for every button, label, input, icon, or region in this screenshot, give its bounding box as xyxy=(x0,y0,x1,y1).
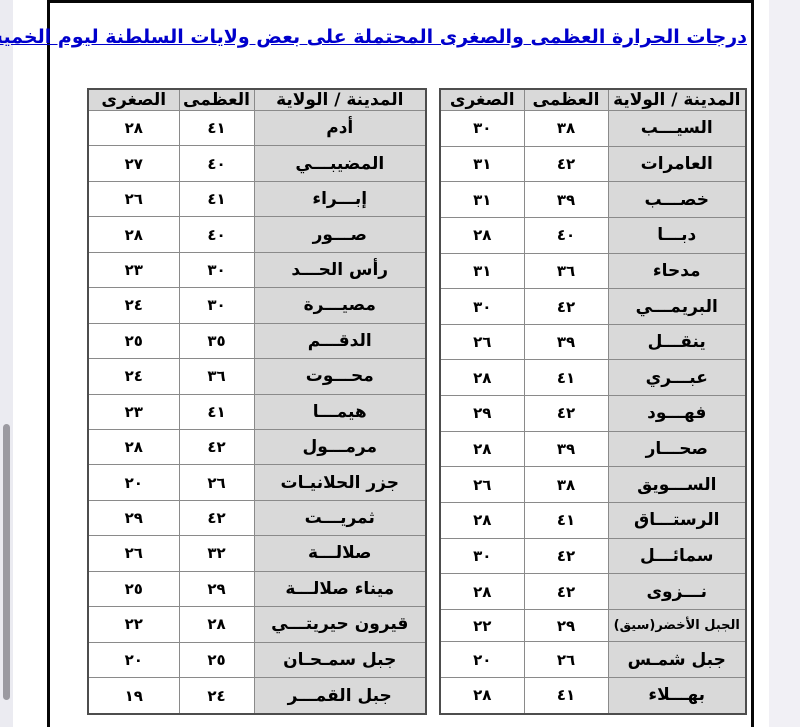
min-temp-cell: ٢٦ xyxy=(440,324,524,360)
city-cell: إبـــراء xyxy=(254,181,426,216)
min-temp-cell: ٢٦ xyxy=(88,181,179,216)
city-cell: محـــوت xyxy=(254,359,426,394)
min-temp-cell: ٢٨ xyxy=(88,217,179,252)
max-temp-cell: ٣٠ xyxy=(179,252,254,287)
max-temp-cell: ٤٢ xyxy=(524,538,608,574)
page-frame-left xyxy=(47,0,50,727)
min-temp-cell: ٢٨ xyxy=(440,503,524,539)
min-temp-cell: ٢٨ xyxy=(440,574,524,610)
max-temp-cell: ٢٩ xyxy=(524,609,608,641)
min-temp-cell: ٢٤ xyxy=(88,359,179,394)
table-row: نـــزوى٤٢٢٨ xyxy=(440,574,746,610)
max-temp-cell: ٣٩ xyxy=(524,182,608,218)
max-temp-cell: ٤٢ xyxy=(179,429,254,464)
table-row: جبل سمـحـان٢٥٢٠ xyxy=(88,642,426,677)
temperature-table-right: المدينة / الولاية العظمى الصغرى السيـــب… xyxy=(439,88,747,715)
city-cell: جبل شمـس xyxy=(608,642,746,678)
max-temp-cell: ٣٨ xyxy=(524,111,608,147)
city-cell: الدقـــم xyxy=(254,323,426,358)
min-temp-cell: ٢٧ xyxy=(88,146,179,181)
city-cell: دبـــا xyxy=(608,217,746,253)
max-temp-cell: ٤١ xyxy=(524,360,608,396)
min-temp-cell: ٣١ xyxy=(440,253,524,289)
max-temp-cell: ٤١ xyxy=(524,677,608,714)
max-temp-cell: ٤٠ xyxy=(179,217,254,252)
table-row: رأس الحـــد٣٠٢٣ xyxy=(88,252,426,287)
city-cell: البريمـــي xyxy=(608,289,746,325)
table-row: فهـــود٤٢٢٩ xyxy=(440,396,746,432)
min-temp-cell: ٢٠ xyxy=(88,642,179,677)
city-cell: رأس الحـــد xyxy=(254,252,426,287)
table-row: المضيبـــي٤٠٢٧ xyxy=(88,146,426,181)
city-cell: أدم xyxy=(254,111,426,146)
max-temp-cell: ٣٨ xyxy=(524,467,608,503)
table-row: الجبل الأخضر(سيق)٢٩٢٢ xyxy=(440,609,746,641)
city-cell: فهـــود xyxy=(608,396,746,432)
max-column-header: العظمى xyxy=(179,89,254,111)
max-temp-cell: ٤٢ xyxy=(179,500,254,535)
header-row: المدينة / الولاية العظمى الصغرى xyxy=(88,89,426,111)
min-temp-cell: ٣١ xyxy=(440,146,524,182)
city-cell: عبـــري xyxy=(608,360,746,396)
city-cell: نـــزوى xyxy=(608,574,746,610)
table-row: صلالـــة٣٢٢٦ xyxy=(88,536,426,571)
min-column-header: الصغرى xyxy=(440,89,524,111)
city-cell: الجبل الأخضر(سيق) xyxy=(608,609,746,641)
min-temp-cell: ٢٨ xyxy=(440,360,524,396)
table-row: السيـــب٣٨٣٠ xyxy=(440,111,746,147)
min-temp-cell: ٢٢ xyxy=(88,607,179,642)
city-cell: مدحاء xyxy=(608,253,746,289)
min-temp-cell: ٣١ xyxy=(440,182,524,218)
table-row: مصيـــرة٣٠٢٤ xyxy=(88,288,426,323)
header-row: المدينة / الولاية العظمى الصغرى xyxy=(440,89,746,111)
min-temp-cell: ٢٨ xyxy=(440,431,524,467)
max-temp-cell: ٣٠ xyxy=(179,288,254,323)
max-temp-cell: ٣٩ xyxy=(524,324,608,360)
table-row: جبل القمـــر٢٤١٩ xyxy=(88,678,426,715)
table-row: جبل شمـس٢٦٢٠ xyxy=(440,642,746,678)
table-row: الدقـــم٣٥٢٥ xyxy=(88,323,426,358)
table-row: ميناء صلالـــة٢٩٢٥ xyxy=(88,571,426,606)
table-row: ينقـــل٣٩٢٦ xyxy=(440,324,746,360)
table-row: العامرات٤٢٣١ xyxy=(440,146,746,182)
max-temp-cell: ٢٥ xyxy=(179,642,254,677)
min-temp-cell: ٢٤ xyxy=(88,288,179,323)
min-column-header: الصغرى xyxy=(88,89,179,111)
city-column-header: المدينة / الولاية xyxy=(608,89,746,111)
city-column-header: المدينة / الولاية xyxy=(254,89,426,111)
max-temp-cell: ٤١ xyxy=(524,503,608,539)
min-temp-cell: ٣٠ xyxy=(440,538,524,574)
table-row: بهـــلاء٤١٢٨ xyxy=(440,677,746,714)
max-temp-cell: ٤٢ xyxy=(524,146,608,182)
city-cell: الســـويق xyxy=(608,467,746,503)
page-frame-right xyxy=(751,0,754,727)
city-cell: الرستـــاق xyxy=(608,503,746,539)
table-row: البريمـــي٤٢٣٠ xyxy=(440,289,746,325)
max-temp-cell: ٤٠ xyxy=(179,146,254,181)
city-cell: العامرات xyxy=(608,146,746,182)
table-row: إبـــراء٤١٢٦ xyxy=(88,181,426,216)
max-column-header: العظمى xyxy=(524,89,608,111)
max-temp-cell: ٣٩ xyxy=(524,431,608,467)
max-temp-cell: ٤١ xyxy=(179,181,254,216)
temperature-table-left: المدينة / الولاية العظمى الصغرى أدم٤١٢٨ا… xyxy=(87,88,427,715)
min-temp-cell: ٢٠ xyxy=(88,465,179,500)
max-temp-cell: ٤١ xyxy=(179,394,254,429)
page-title: درجات الحرارة العظمى والصغرى المحتملة عل… xyxy=(55,26,747,48)
min-temp-cell: ٢٣ xyxy=(88,394,179,429)
page-frame-top xyxy=(47,0,754,3)
max-temp-cell: ٢٤ xyxy=(179,678,254,715)
max-temp-cell: ٤٢ xyxy=(524,289,608,325)
max-temp-cell: ٢٩ xyxy=(179,571,254,606)
min-temp-cell: ٢٦ xyxy=(88,536,179,571)
min-temp-cell: ٢٦ xyxy=(440,467,524,503)
city-cell: ميناء صلالـــة xyxy=(254,571,426,606)
max-temp-cell: ٢٨ xyxy=(179,607,254,642)
city-cell: المضيبـــي xyxy=(254,146,426,181)
right-gutter xyxy=(769,0,800,727)
max-temp-cell: ٢٦ xyxy=(179,465,254,500)
table-row: أدم٤١٢٨ xyxy=(88,111,426,146)
city-cell: هيمـــا xyxy=(254,394,426,429)
table-row: الســـويق٣٨٢٦ xyxy=(440,467,746,503)
max-temp-cell: ٣٢ xyxy=(179,536,254,571)
city-cell: السيـــب xyxy=(608,111,746,147)
max-temp-cell: ٤٢ xyxy=(524,396,608,432)
table-row: عبـــري٤١٢٨ xyxy=(440,360,746,396)
min-temp-cell: ٢٨ xyxy=(88,111,179,146)
min-temp-cell: ٢٠ xyxy=(440,642,524,678)
min-temp-cell: ٢٥ xyxy=(88,571,179,606)
min-temp-cell: ٢٨ xyxy=(88,429,179,464)
table-row: صحـــار٣٩٢٨ xyxy=(440,431,746,467)
min-temp-cell: ٣٠ xyxy=(440,111,524,147)
city-cell: مرمـــول xyxy=(254,429,426,464)
table-row: الرستـــاق٤١٢٨ xyxy=(440,503,746,539)
city-cell: سمائـــل xyxy=(608,538,746,574)
city-cell: خصـــب xyxy=(608,182,746,218)
city-cell: صـــور xyxy=(254,217,426,252)
table-row: دبـــا٤٠٢٨ xyxy=(440,217,746,253)
max-temp-cell: ٢٦ xyxy=(524,642,608,678)
table-row: قيرون حيريتـــي٢٨٢٢ xyxy=(88,607,426,642)
max-temp-cell: ٤٢ xyxy=(524,574,608,610)
min-temp-cell: ٢٨ xyxy=(440,217,524,253)
table-row: مرمـــول٤٢٢٨ xyxy=(88,429,426,464)
table-row: مدحاء٣٦٣١ xyxy=(440,253,746,289)
min-temp-cell: ٢٩ xyxy=(88,500,179,535)
min-temp-cell: ٢٢ xyxy=(440,609,524,641)
city-cell: جبل القمـــر xyxy=(254,678,426,715)
city-cell: ينقـــل xyxy=(608,324,746,360)
min-temp-cell: ٢٨ xyxy=(440,677,524,714)
min-temp-cell: ١٩ xyxy=(88,678,179,715)
max-temp-cell: ٣٥ xyxy=(179,323,254,358)
min-temp-cell: ٣٠ xyxy=(440,289,524,325)
city-cell: جبل سمـحـان xyxy=(254,642,426,677)
max-temp-cell: ٤٠ xyxy=(524,217,608,253)
table-row: خصـــب٣٩٣١ xyxy=(440,182,746,218)
city-cell: قيرون حيريتـــي xyxy=(254,607,426,642)
max-temp-cell: ٣٦ xyxy=(179,359,254,394)
city-cell: بهـــلاء xyxy=(608,677,746,714)
city-cell: صحـــار xyxy=(608,431,746,467)
city-cell: جزر الحلانيـات xyxy=(254,465,426,500)
min-temp-cell: ٢٩ xyxy=(440,396,524,432)
table-row: محـــوت٣٦٢٤ xyxy=(88,359,426,394)
city-cell: ثمريـــت xyxy=(254,500,426,535)
table-row: ثمريـــت٤٢٢٩ xyxy=(88,500,426,535)
city-cell: مصيـــرة xyxy=(254,288,426,323)
min-temp-cell: ٢٥ xyxy=(88,323,179,358)
table-row: هيمـــا٤١٢٣ xyxy=(88,394,426,429)
max-temp-cell: ٤١ xyxy=(179,111,254,146)
table-row: سمائـــل٤٢٣٠ xyxy=(440,538,746,574)
city-cell: صلالـــة xyxy=(254,536,426,571)
table-row: جزر الحلانيـات٢٦٢٠ xyxy=(88,465,426,500)
max-temp-cell: ٣٦ xyxy=(524,253,608,289)
table-row: صـــور٤٠٢٨ xyxy=(88,217,426,252)
scrollbar-thumb[interactable] xyxy=(3,424,10,700)
min-temp-cell: ٢٣ xyxy=(88,252,179,287)
